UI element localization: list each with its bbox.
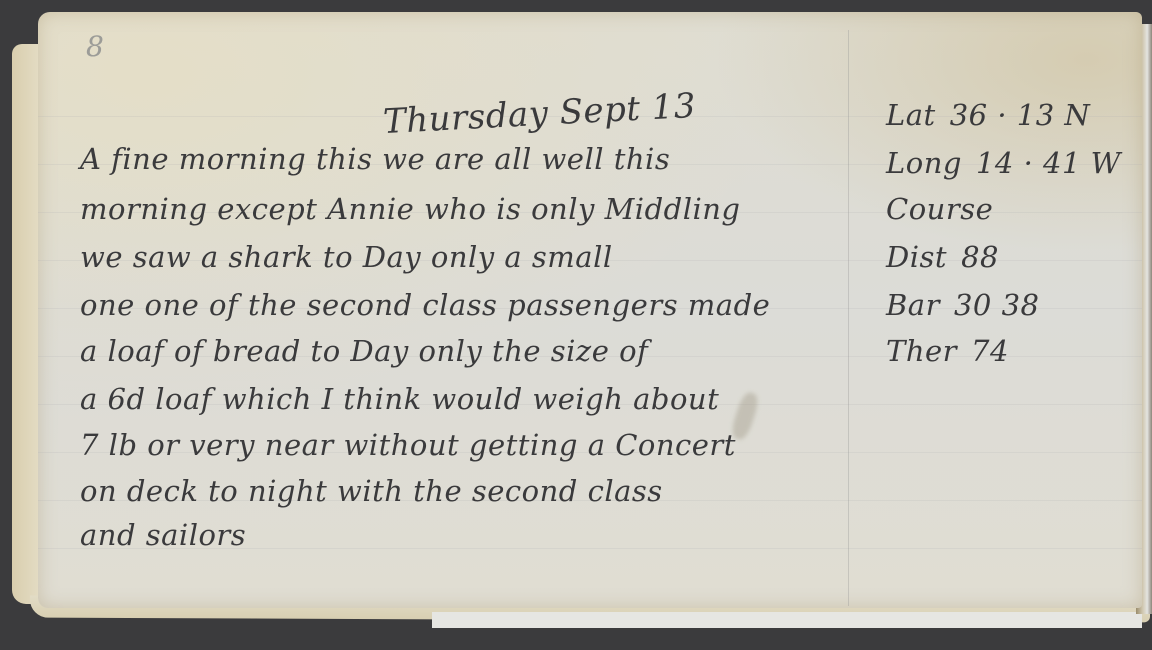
log-label: Long [886, 146, 962, 180]
page-number: 8 [86, 30, 104, 63]
log-value: 74 [971, 334, 1009, 368]
log-value: 36 · 13 N [950, 98, 1091, 132]
log-thermometer: Ther74 [886, 334, 1009, 368]
entry-line: 7 lb or very near without getting a Conc… [80, 428, 736, 462]
log-label: Ther [886, 334, 957, 368]
inserted-slip-edge [432, 612, 1142, 628]
log-barometer: Bar30 38 [886, 288, 1040, 322]
entry-line: we saw a shark to Day only a small [80, 240, 613, 274]
log-longitude: Long14 · 41 W [886, 146, 1121, 180]
entry-line: one one of the second class passengers m… [80, 288, 770, 322]
log-latitude: Lat36 · 13 N [886, 98, 1090, 132]
ink-smudge [729, 390, 761, 441]
log-label: Lat [886, 98, 936, 132]
entry-line: a 6d loaf which I think would weigh abou… [80, 382, 719, 416]
margin-rule [848, 30, 849, 606]
entry-line: on deck to night with the second class [80, 474, 663, 508]
log-distance: Dist88 [886, 240, 999, 274]
entry-line: and sailors [80, 518, 246, 552]
entry-line: A fine morning this we are all well this [80, 142, 670, 176]
log-label: Course [886, 192, 993, 226]
log-value: 88 [961, 240, 999, 274]
entry-heading: Thursday Sept 13 [382, 86, 697, 142]
entry-line: a loaf of bread to Day only the size of [80, 334, 648, 368]
log-course: Course [886, 192, 1007, 226]
diary-page: 8 Thursday Sept 13 A fine morning this w… [38, 12, 1142, 608]
log-label: Bar [886, 288, 940, 322]
log-value: 14 · 41 W [976, 146, 1121, 180]
entry-line: morning except Annie who is only Middlin… [80, 192, 741, 226]
log-value: 30 38 [954, 288, 1040, 322]
log-label: Dist [886, 240, 947, 274]
